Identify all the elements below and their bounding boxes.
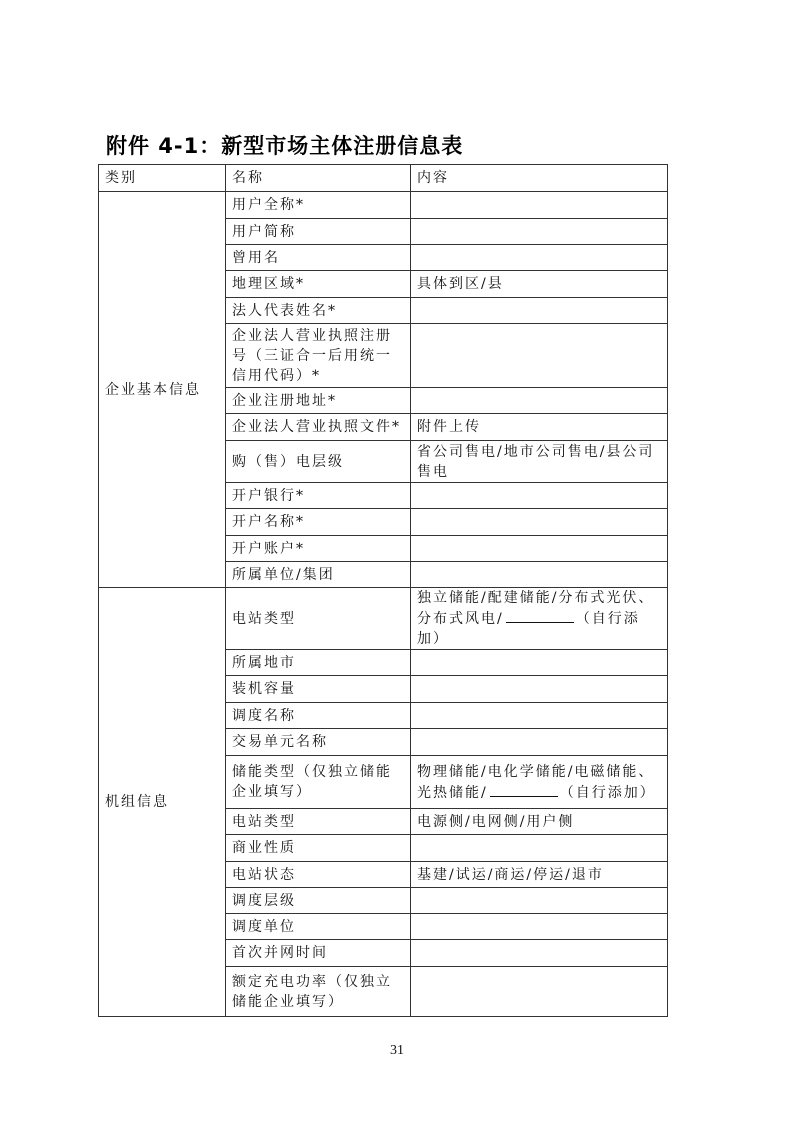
registration-form-table: 类别 名称 内容 企业基本信息用户全称*用户简称曾用名地理区域*具体到区/县法人… [98, 164, 668, 1017]
header-name: 名称 [226, 165, 411, 192]
field-name-cell: 地理区域* [226, 271, 411, 298]
fill-in-blank[interactable] [490, 782, 558, 797]
table-row: 企业基本信息用户全称* [99, 192, 668, 219]
fill-in-blank[interactable] [506, 608, 574, 623]
field-name-cell: 用户简称 [226, 219, 411, 245]
field-name-cell: 曾用名 [226, 245, 411, 271]
field-content-cell[interactable] [411, 509, 668, 536]
content-suffix: （自行添加） [560, 785, 656, 801]
field-content-cell[interactable] [411, 676, 668, 703]
field-content-cell[interactable] [411, 729, 668, 756]
field-name-cell: 企业法人营业执照文件* [226, 414, 411, 441]
field-content-cell[interactable] [411, 388, 668, 414]
table-row: 机组信息电站类型独立储能/配建储能/分布式光伏、分布式风电/（自行添加） [99, 588, 668, 650]
field-content-cell[interactable] [411, 245, 668, 271]
field-name-cell: 电站类型 [226, 809, 411, 835]
category-cell: 企业基本信息 [99, 192, 226, 588]
field-name-cell: 企业法人营业执照注册号（三证合一后用统一信用代码）* [226, 324, 411, 388]
field-name-cell: 商业性质 [226, 835, 411, 862]
field-name-cell: 开户名称* [226, 509, 411, 536]
field-name-cell: 首次并网时间 [226, 940, 411, 967]
field-content-cell[interactable]: 省公司售电/地市公司售电/县公司售电 [411, 441, 668, 483]
field-name-cell: 额定充电功率（仅独立储能企业填写） [226, 967, 411, 1017]
field-name-cell: 电站状态 [226, 862, 411, 888]
field-content-cell[interactable] [411, 192, 668, 219]
field-name-cell: 用户全称* [226, 192, 411, 219]
page-number: 31 [0, 1043, 794, 1059]
header-category: 类别 [99, 165, 226, 192]
field-content-cell[interactable] [411, 536, 668, 562]
field-content-cell[interactable] [411, 219, 668, 245]
field-content-cell[interactable]: 电源侧/电网侧/用户侧 [411, 809, 668, 835]
field-name-cell: 交易单元名称 [226, 729, 411, 756]
field-name-cell: 调度名称 [226, 703, 411, 729]
field-name-cell: 调度单位 [226, 914, 411, 940]
field-name-cell: 所属单位/集团 [226, 562, 411, 588]
field-name-cell: 法人代表姓名* [226, 298, 411, 324]
field-content-cell[interactable] [411, 483, 668, 509]
field-content-cell[interactable]: 物理储能/电化学储能/电磁储能、光热储能/（自行添加） [411, 756, 668, 809]
field-content-cell[interactable] [411, 703, 668, 729]
category-cell: 机组信息 [99, 588, 226, 1017]
field-content-cell[interactable]: 基建/试运/商运/停运/退市 [411, 862, 668, 888]
table-header-row: 类别 名称 内容 [99, 165, 668, 192]
field-name-cell: 调度层级 [226, 888, 411, 914]
field-name-cell: 购（售）电层级 [226, 441, 411, 483]
field-name-cell: 电站类型 [226, 588, 411, 650]
field-content-cell[interactable] [411, 940, 668, 967]
field-content-cell[interactable]: 独立储能/配建储能/分布式光伏、分布式风电/（自行添加） [411, 588, 668, 650]
field-content-cell[interactable] [411, 324, 668, 388]
field-content-cell[interactable]: 附件上传 [411, 414, 668, 441]
field-name-cell: 储能类型（仅独立储能企业填写） [226, 756, 411, 809]
field-name-cell: 开户银行* [226, 483, 411, 509]
field-name-cell: 企业注册地址* [226, 388, 411, 414]
field-content-cell[interactable] [411, 650, 668, 676]
field-content-cell[interactable] [411, 298, 668, 324]
field-content-cell[interactable] [411, 888, 668, 914]
field-content-cell[interactable] [411, 835, 668, 862]
field-content-cell[interactable] [411, 967, 668, 1017]
field-name-cell: 所属地市 [226, 650, 411, 676]
field-name-cell: 开户账户* [226, 536, 411, 562]
header-content: 内容 [411, 165, 668, 192]
field-content-cell[interactable] [411, 914, 668, 940]
field-content-cell[interactable] [411, 562, 668, 588]
document-title: 附件 4-1：新型市场主体注册信息表 [106, 130, 463, 160]
field-content-cell[interactable]: 具体到区/县 [411, 271, 668, 298]
field-name-cell: 装机容量 [226, 676, 411, 703]
